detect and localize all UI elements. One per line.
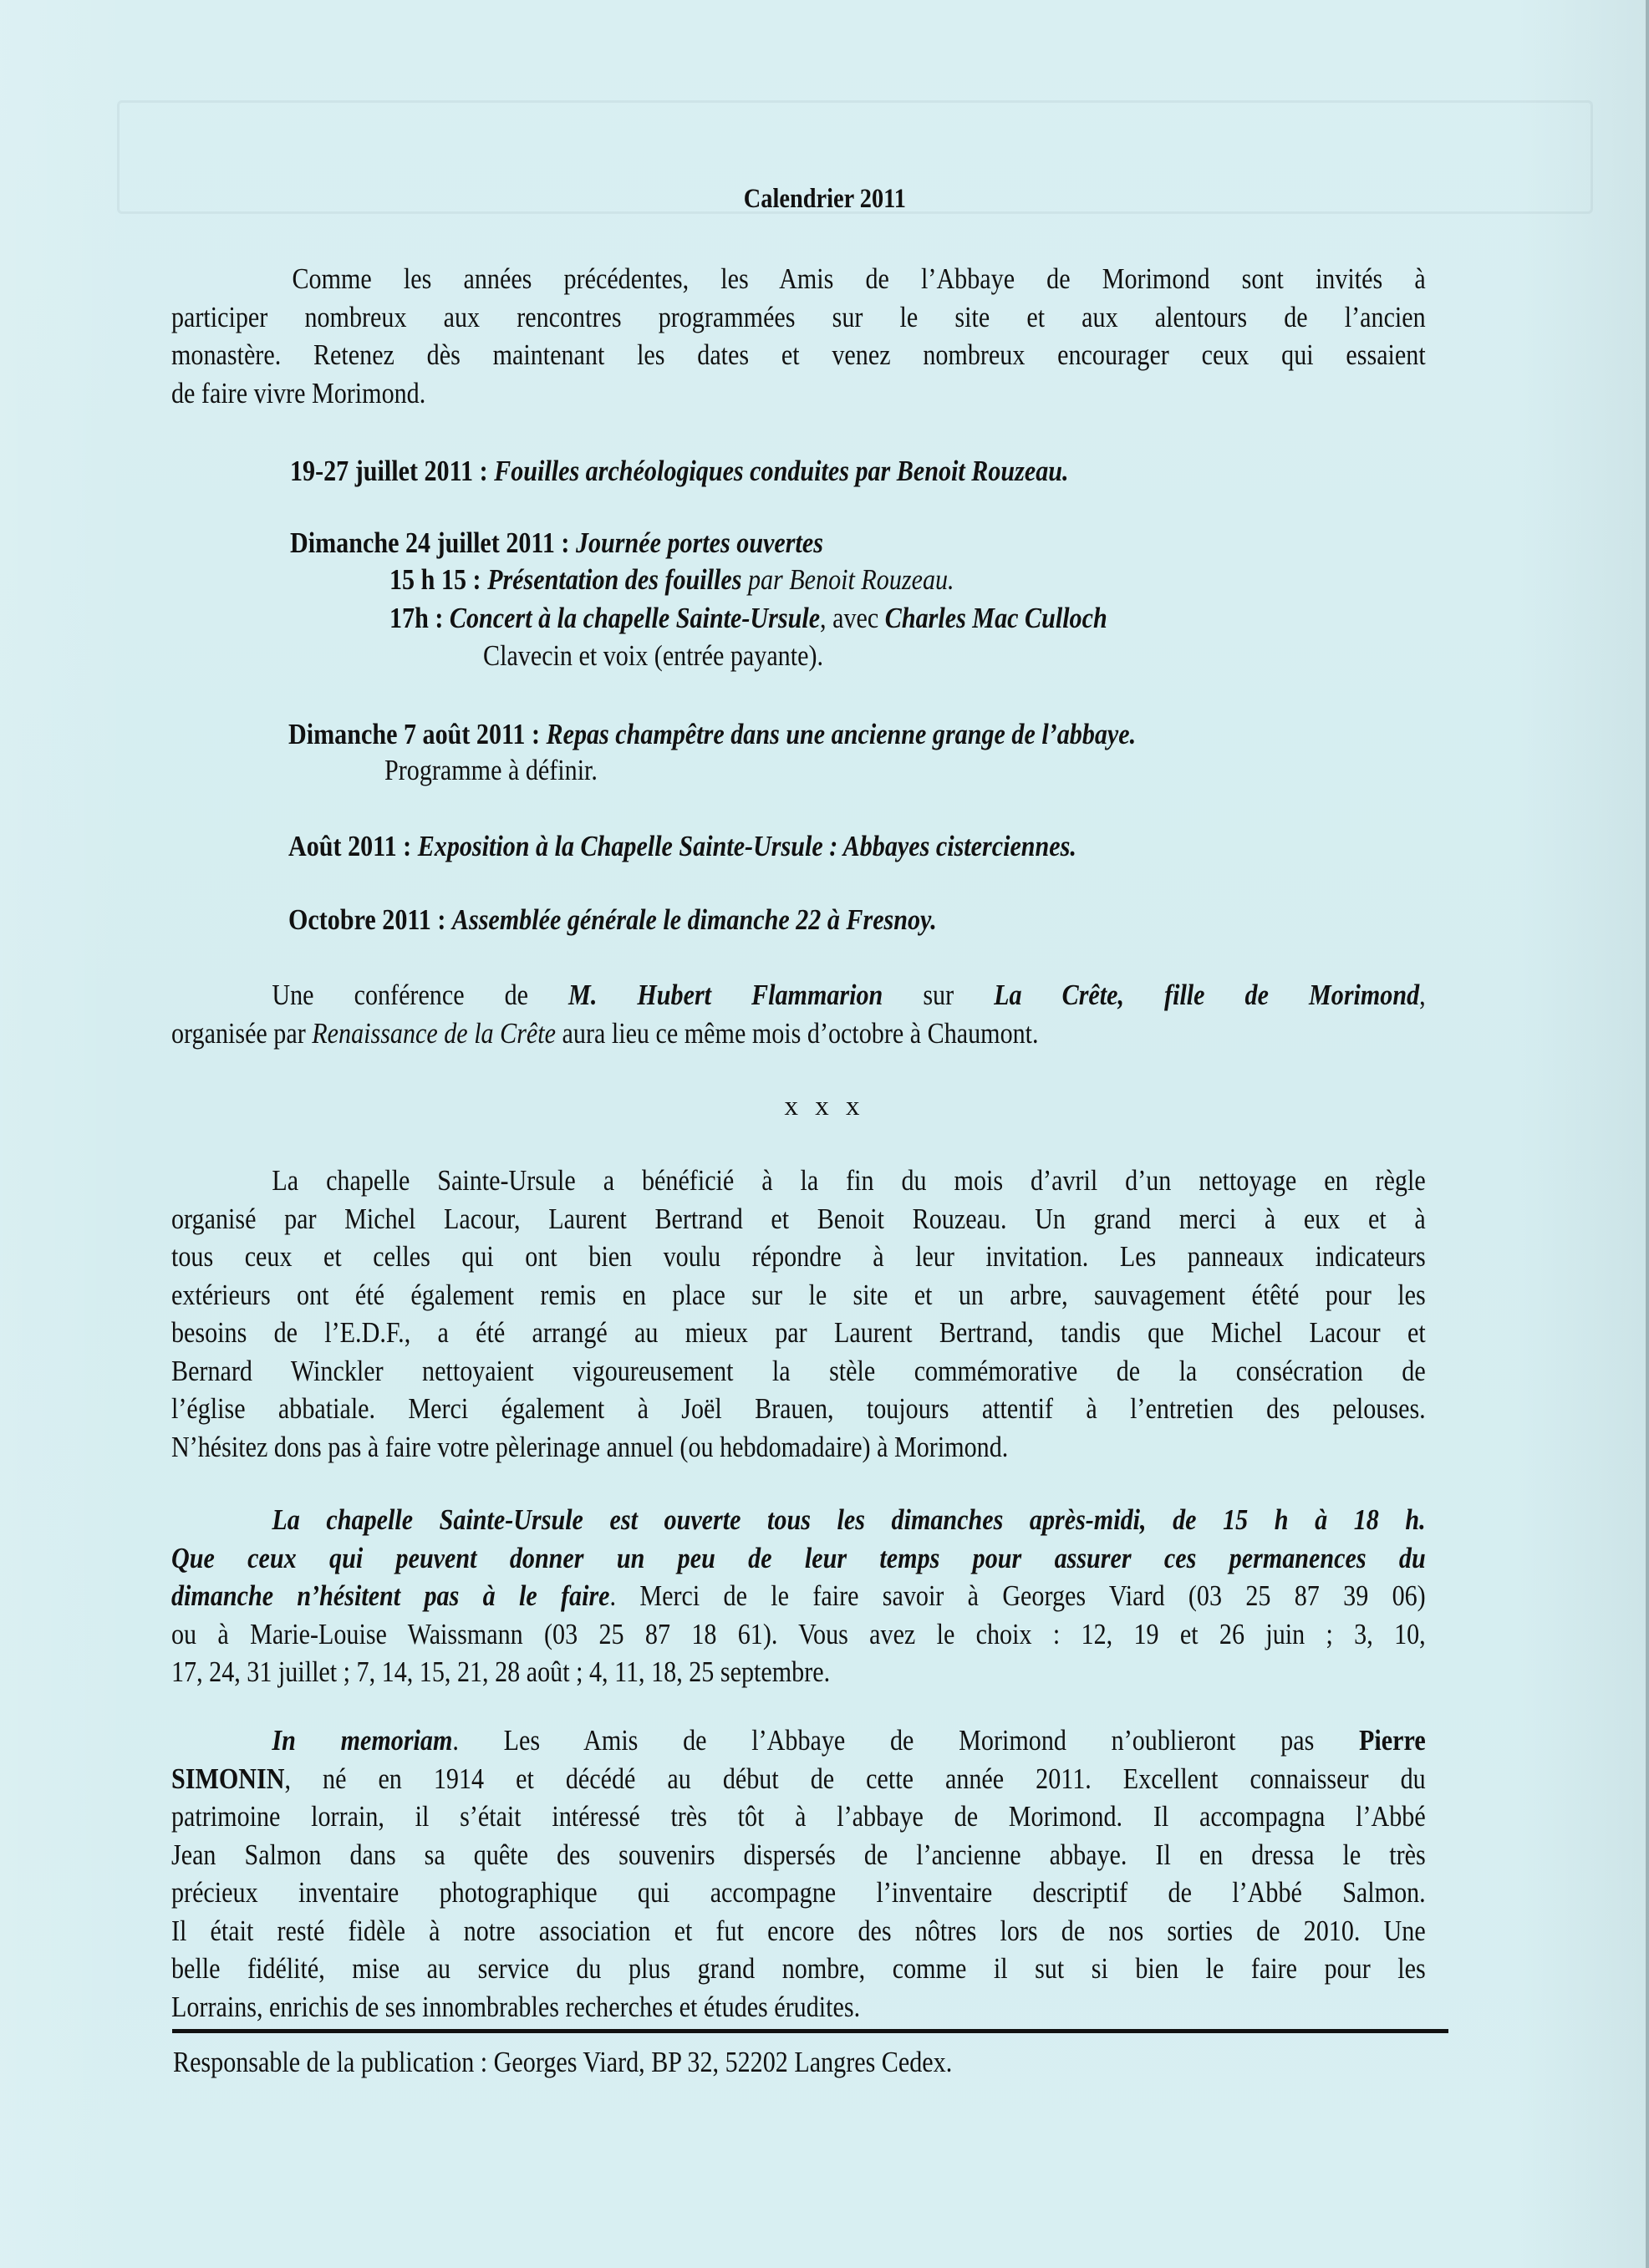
event-item: 19-27 juillet 2011 : Fouilles archéologi… [290,453,1069,490]
event-description: Journée portes ouvertes [576,526,823,559]
memoriam-paragraph: In memoriam. Les Amis de l’Abbaye de Mor… [171,1721,1426,2026]
conference-text: Une conférence de [272,979,568,1011]
conference-line: organisée par Renaissance de la Crête au… [171,1014,1426,1053]
opening-line: ou à Marie-Louise Waissmann (03 25 87 18… [171,1615,1426,1654]
conference-text: sur [883,979,994,1011]
event-note-text: Clavecin et voix (entrée payante). [483,639,823,672]
cleaning-line: l’église abbatiale. Merci également à Jo… [171,1390,1426,1428]
opening-line: dimanche n’hésitent pas à le faire. Merc… [171,1577,1426,1615]
event-sub-item: 17h : Concert à la chapelle Sainte-Ursul… [389,600,1107,637]
memoriam-line: SIMONIN, né en 1914 et décédé au début d… [171,1760,1426,1798]
footer-publication-info: Responsable de la publication : Georges … [173,2044,952,2081]
opening-emphasis: dimanche n’hésitent pas à le faire [171,1579,610,1612]
cleaning-line: La chapelle Sainte-Ursule a bénéficié à … [171,1162,1426,1200]
opening-text: . Merci de le faire savoir à Georges Via… [610,1579,1426,1612]
memoriam-line: précieux inventaire photographique qui a… [171,1874,1426,1912]
event-item: Août 2011 : Exposition à la Chapelle Sai… [288,828,1076,865]
event-description: Repas champêtre dans une ancienne grange… [547,718,1137,750]
page-edge-shadow [1646,0,1649,2268]
section-separator: x x x [0,1091,1649,1122]
event-item: Dimanche 7 août 2011 : Repas champêtre d… [288,716,1136,753]
event-date: Octobre 2011 : [288,903,445,936]
memoriam-text: . Les Amis de l’Abbaye de Morimond n’oub… [452,1724,1359,1757]
opening-line: La chapelle Sainte-Ursule est ouverte to… [171,1501,1426,1539]
memoriam-name: SIMONIN [171,1762,284,1795]
event-description: Exposition à la Chapelle Sainte-Ursule :… [418,830,1076,862]
conference-line: Une conférence de M. Hubert Flammarion s… [171,976,1426,1014]
event-note-text: Programme à définir. [384,754,598,786]
cleaning-line: besoins de l’E.D.F., a été arrangé au mi… [171,1314,1426,1352]
event-date: 19-27 juillet 2011 : [290,455,488,487]
memoriam-heading: In memoriam [272,1724,452,1757]
memoriam-line: patrimoine lorrain, il s’était intéressé… [171,1798,1426,1836]
cleaning-line: N’hésitez dons pas à faire votre pèlerin… [171,1428,1426,1467]
footer-divider [172,2029,1448,2033]
page-title-text: Calendrier 2011 [743,184,905,215]
event-sub-item: 15 h 15 : Présentation des fouilles par … [389,562,954,598]
event-time: 17h : [389,602,443,634]
event-description: Fouilles archéologiques conduites par Be… [494,455,1068,487]
cleaning-line: Bernard Winckler nettoyaient vigoureusem… [171,1352,1426,1391]
event-item: Dimanche 24 juillet 2011 : Journée porte… [290,525,823,562]
event-sub-mid: , avec [820,602,885,634]
cleaning-paragraph: La chapelle Sainte-Ursule a bénéficié à … [171,1162,1426,1466]
event-note: Clavecin et voix (entrée payante). [483,638,823,674]
event-date: Août 2011 : [288,830,411,862]
event-note: Programme à définir. [384,752,598,789]
intro-paragraph: Comme les années précédentes, les Amis d… [171,260,1426,412]
intro-line: monastère. Retenez dès maintenant les da… [171,336,1426,374]
page-title: Calendrier 2011 [0,184,1649,215]
conference-text: organisée par [171,1017,312,1050]
memoriam-line: Jean Salmon dans sa quête des souvenirs … [171,1836,1426,1874]
memoriam-text: , né en 1914 et décédé au début de cette… [284,1762,1425,1795]
memoriam-line: belle fidélité, mise au service du plus … [171,1950,1426,1988]
event-date: Dimanche 7 août 2011 : [288,718,540,750]
event-sub-title: Concert à la chapelle Sainte-Ursule [450,602,820,634]
memoriam-line: Il était resté fidèle à notre associatio… [171,1912,1426,1950]
event-performer: Charles Mac Culloch [885,602,1107,634]
intro-line: Comme les années précédentes, les Amis d… [171,260,1426,298]
conference-text: aura lieu ce même mois d’octobre à Chaum… [556,1017,1039,1050]
event-date: Dimanche 24 juillet 2011 : [290,526,569,559]
conference-paragraph: Une conférence de M. Hubert Flammarion s… [171,976,1426,1052]
conference-text: , [1419,979,1426,1011]
intro-line: participer nombreux aux rencontres progr… [171,298,1426,337]
event-time: 15 h 15 : [389,563,481,596]
conference-organizer: Renaissance de la Crête [312,1017,556,1050]
opening-hours-paragraph: La chapelle Sainte-Ursule est ouverte to… [171,1501,1426,1691]
opening-line: Que ceux qui peuvent donner un peu de le… [171,1539,1426,1578]
event-description: Assemblée générale le dimanche 22 à Fres… [452,903,937,936]
event-item: Octobre 2011 : Assemblée générale le dim… [288,902,937,938]
intro-line: de faire vivre Morimond. [171,374,1426,413]
conference-speaker: M. Hubert Flammarion [568,979,883,1011]
opening-line: 17, 24, 31 juillet ; 7, 14, 15, 21, 28 a… [171,1653,1426,1691]
event-sub-title: Présentation des fouilles [487,563,741,596]
memoriam-line: Lorrains, enrichis de ses innombrables r… [171,1988,1426,2026]
conference-topic: La Crête, fille de Morimond [994,979,1419,1011]
cleaning-line: extérieurs ont été également remis en pl… [171,1276,1426,1315]
memoriam-line: In memoriam. Les Amis de l’Abbaye de Mor… [171,1721,1426,1760]
event-sub-rest: par Benoit Rouzeau. [741,563,954,596]
cleaning-line: tous ceux et celles qui ont bien voulu r… [171,1238,1426,1276]
cleaning-line: organisé par Michel Lacour, Laurent Bert… [171,1200,1426,1238]
memoriam-name: Pierre [1359,1724,1426,1757]
